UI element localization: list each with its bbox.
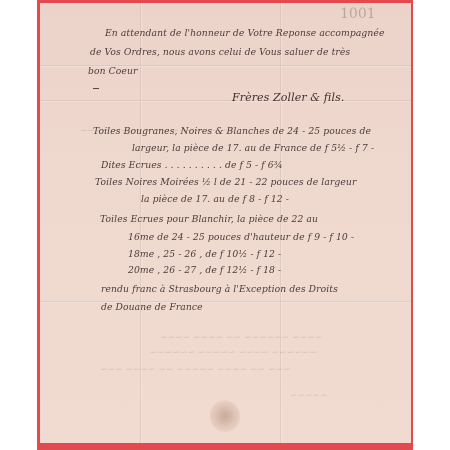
faint-mark: 1001: [340, 6, 376, 22]
fold-line-horizontal: [40, 301, 411, 303]
dash-mark: [93, 88, 99, 89]
letter-line: de Douane de France: [101, 302, 203, 313]
bleed-through-text: ~~~~~: [290, 391, 328, 401]
price-line: 16me de 24 - 25 pouces d'hauteur de f 9 …: [128, 232, 354, 243]
letter-line: bon Coeur: [88, 66, 137, 77]
bleed-through-text: ~~~~~~ ~~~~ ~~~~~ ~~~~~~: [150, 348, 317, 358]
price-line: Dites Ecrues . . . . . . . . . . de f 5 …: [101, 160, 283, 171]
bleed-through-text: ~~~~ ~~~~~~ ~~ ~~~~ ~~~~: [160, 333, 322, 343]
ink-stain: [210, 400, 240, 432]
price-line: la pièce de 17. au de f 8 - f 12 -: [141, 194, 289, 205]
letter-sheet: 1001 ﾍ ~~~ ~~~~ ~~ ~~~~~ ~~~~ ~~~~ ~~~~~…: [40, 3, 411, 443]
letter-line: En attendant de l'honneur de Votre Repon…: [105, 28, 385, 39]
price-line: 20me , 26 - 27 , de f 12½ - f 18 -: [128, 265, 281, 276]
price-line: largeur, la pièce de 17. au de France de…: [132, 143, 374, 154]
price-line: Toiles Bougranes, Noires & Blanches de 2…: [93, 126, 371, 137]
price-line: Toiles Ecrues pour Blanchir, la pièce de…: [100, 214, 318, 225]
letter-line: rendu franc à Strasbourg à l'Exception d…: [101, 284, 338, 295]
price-line: Toiles Noires Moirées ½ l de 21 - 22 pou…: [95, 177, 356, 188]
price-line: 18me , 25 - 26 , de f 10½ - f 12 -: [128, 249, 281, 260]
letter-line: de Vos Ordres, nous avons celui de Vous …: [90, 47, 350, 58]
fold-line-horizontal: [40, 100, 411, 102]
bleed-through-text: ~~~ ~~ ~~~~ ~~~~~ ~~ ~~~~ ~~~: [100, 365, 291, 375]
signature: Frères Zoller & fils.: [232, 91, 345, 104]
